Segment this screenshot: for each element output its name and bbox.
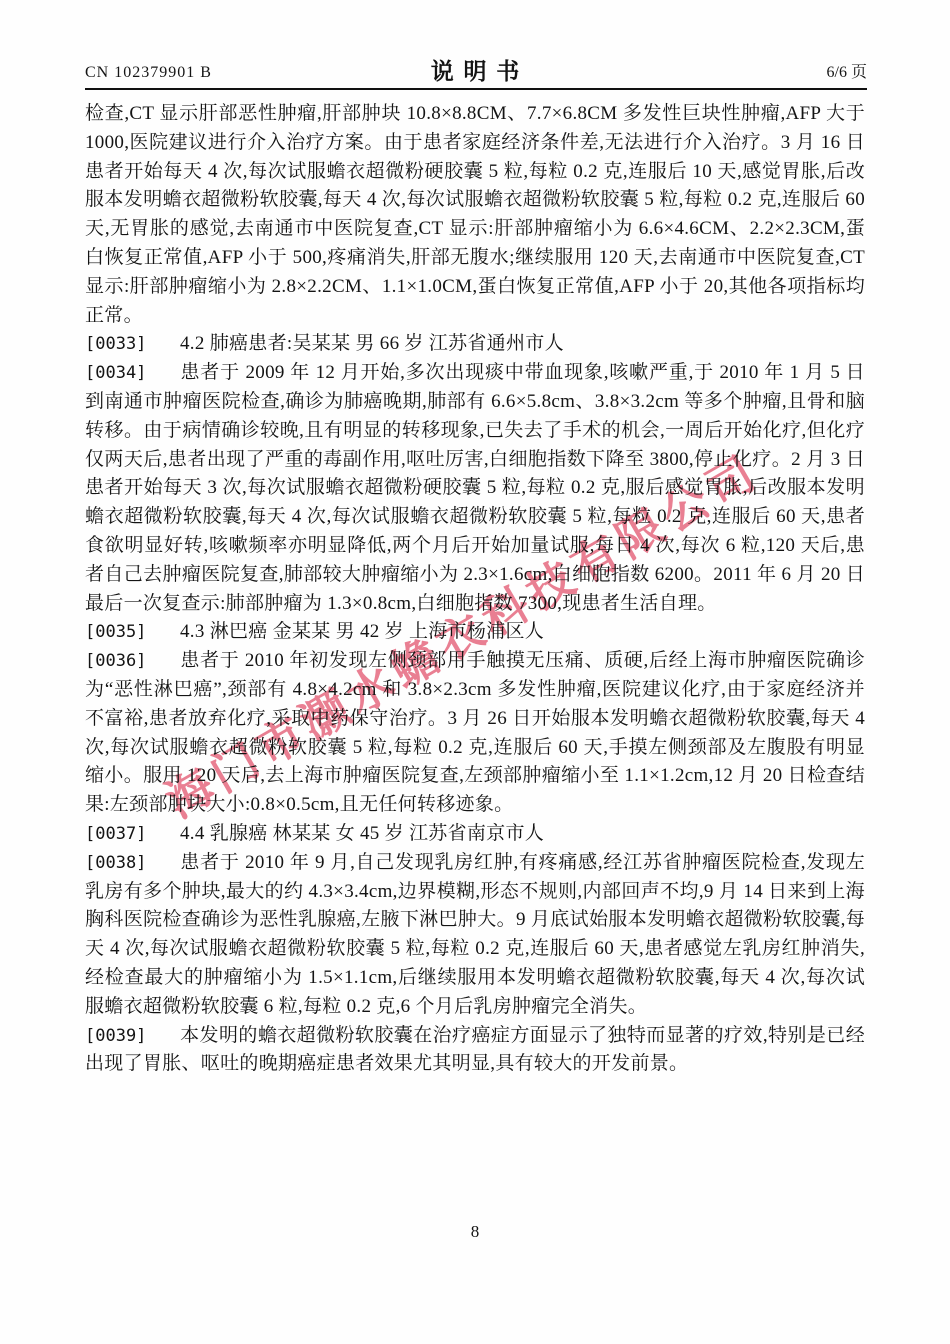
paragraph-text: 患者于 2010 年 9 月,自己发现乳房红肿,有疼痛感,经江苏省肿瘤医院检查,…	[85, 852, 865, 1017]
page-indicator: 6/6 页	[827, 59, 867, 82]
paragraph-tag: [0038]	[85, 849, 180, 878]
paragraph: [0037]4.4 乳腺癌 林某某 女 45 岁 江苏省南京市人	[85, 820, 865, 849]
paragraph-text: 4.3 淋巴癌 金某某 男 42 岁 上海市杨浦区人	[180, 621, 544, 642]
paragraph-tag: [0036]	[85, 647, 180, 676]
paragraph-text: 4.4 乳腺癌 林某某 女 45 岁 江苏省南京市人	[180, 823, 544, 844]
page-number: 8	[471, 1222, 480, 1241]
document-body: 检查,CT 显示肝部恶性肿瘤,肝部肿块 10.8×8.8CM、7.7×6.8CM…	[85, 100, 865, 1079]
page-header: CN 102379901 B 说 明 书 6/6 页	[85, 50, 867, 88]
paragraph-text: 本发明的蟾衣超微粉软胶囊在治疗癌症方面显示了独特而显著的疗效,特别是已经出现了胃…	[85, 1025, 865, 1075]
paragraph: [0036]患者于 2010 年初发现左侧颈部用手触摸无压痛、质硬,后经上海市肿…	[85, 647, 865, 820]
patent-specification-page: CN 102379901 B 说 明 书 6/6 页 海门市灏水蟾衣科技有限公司…	[0, 0, 950, 1344]
paragraph-text: 4.2 肺癌患者:吴某某 男 66 岁 江苏省通州市人	[180, 333, 564, 354]
paragraph: [0033]4.2 肺癌患者:吴某某 男 66 岁 江苏省通州市人	[85, 330, 865, 359]
paragraph-text: 患者于 2009 年 12 月开始,多次出现痰中带血现象,咳嗽严重,于 2010…	[85, 362, 865, 613]
paragraph-tag: [0035]	[85, 618, 180, 647]
header-rule	[85, 88, 867, 90]
paragraph-tag: [0033]	[85, 330, 180, 359]
document-title: 说 明 书	[85, 53, 867, 86]
paragraph-tag: [0037]	[85, 820, 180, 849]
paragraph: [0035]4.3 淋巴癌 金某某 男 42 岁 上海市杨浦区人	[85, 618, 865, 647]
paragraph-tag: [0034]	[85, 359, 180, 388]
paragraph: [0039]本发明的蟾衣超微粉软胶囊在治疗癌症方面显示了独特而显著的疗效,特别是…	[85, 1022, 865, 1080]
paragraph: 检查,CT 显示肝部恶性肿瘤,肝部肿块 10.8×8.8CM、7.7×6.8CM…	[85, 100, 865, 330]
paragraph: [0038]患者于 2010 年 9 月,自己发现乳房红肿,有疼痛感,经江苏省肿…	[85, 849, 865, 1022]
paragraph-text: 患者于 2010 年初发现左侧颈部用手触摸无压痛、质硬,后经上海市肿瘤医院确诊为…	[85, 650, 865, 815]
paragraph: [0034]患者于 2009 年 12 月开始,多次出现痰中带血现象,咳嗽严重,…	[85, 359, 865, 618]
paragraph-text: 检查,CT 显示肝部恶性肿瘤,肝部肿块 10.8×8.8CM、7.7×6.8CM…	[85, 103, 865, 326]
page-footer: 8	[0, 1222, 950, 1242]
paragraph-tag: [0039]	[85, 1022, 180, 1051]
